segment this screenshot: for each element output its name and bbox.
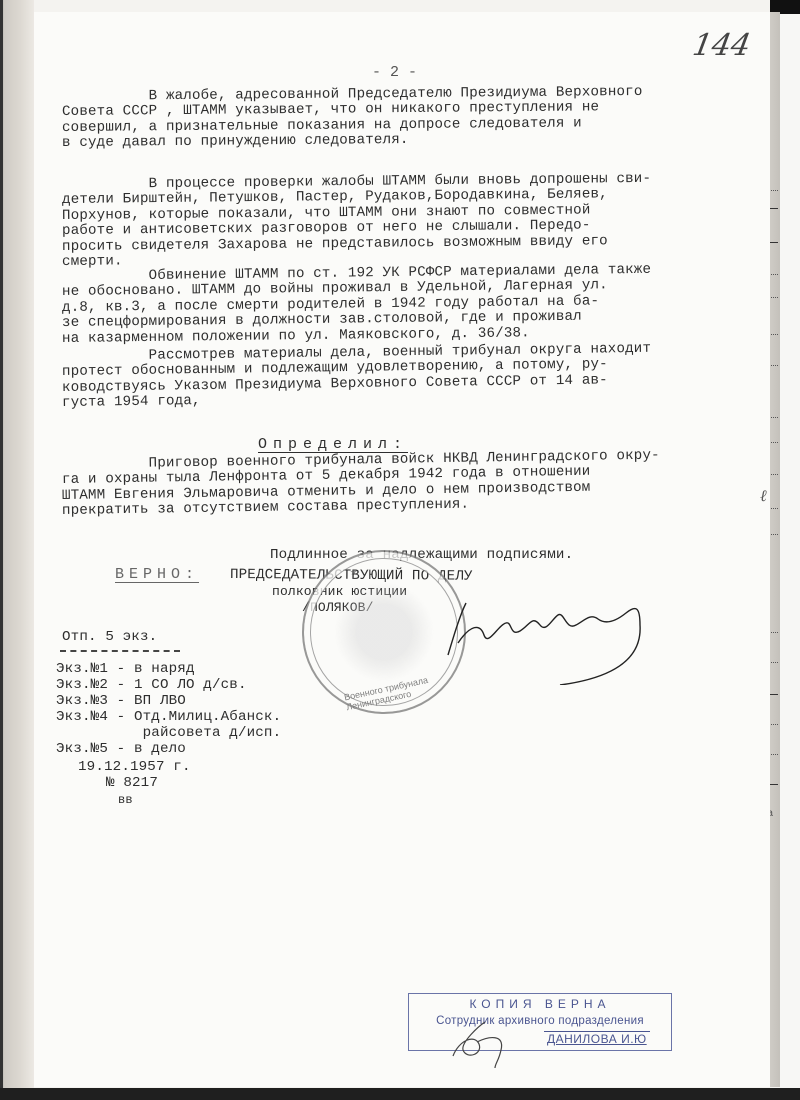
folio-number: 144 (690, 28, 753, 63)
distribution-item: Экз.№2 - 1 СО ЛО д/св. (56, 678, 247, 693)
copy-stamp-name: ДАНИЛОВА И.Ю (544, 1031, 650, 1046)
scan-left-edge (0, 0, 34, 1100)
copy-stamp-title: КОПИЯ ВЕРНА (409, 997, 671, 1011)
separator (60, 650, 180, 652)
distribution-item: Экз.№4 - Отд.Милиц.Абанск. (56, 710, 281, 725)
page-marker: - 2 - (372, 64, 417, 81)
document-number: № 8217 (106, 776, 158, 791)
ruling-heading: Определил: (258, 436, 408, 453)
distribution-date: 19.12.1957 г. (78, 760, 191, 775)
copy-certified-stamp: КОПИЯ ВЕРНА Сотрудник архивного подразде… (408, 993, 672, 1051)
typist-initials: вв (118, 793, 133, 808)
scan-right-margin (780, 0, 800, 1100)
distribution-item: Экз.№1 - в наряд (56, 662, 195, 677)
distribution-item: райсовета д/исп. (56, 726, 281, 741)
handwritten-signature (440, 585, 670, 685)
margin-handwriting: ℓ (760, 486, 767, 506)
star-icon: ★ (350, 564, 357, 579)
distribution-item: Экз.№3 - ВП ЛВО (56, 694, 186, 709)
distribution-header: Отп. 5 экз. (62, 630, 157, 645)
copy-signature (449, 1020, 519, 1068)
distribution-item: Экз.№5 - в дело (56, 742, 186, 757)
paragraph-line-considering: густа 1954 года, (62, 394, 201, 411)
scan-bottom-edge (0, 1088, 800, 1100)
verno-label: ВЕРНО: (115, 566, 199, 583)
